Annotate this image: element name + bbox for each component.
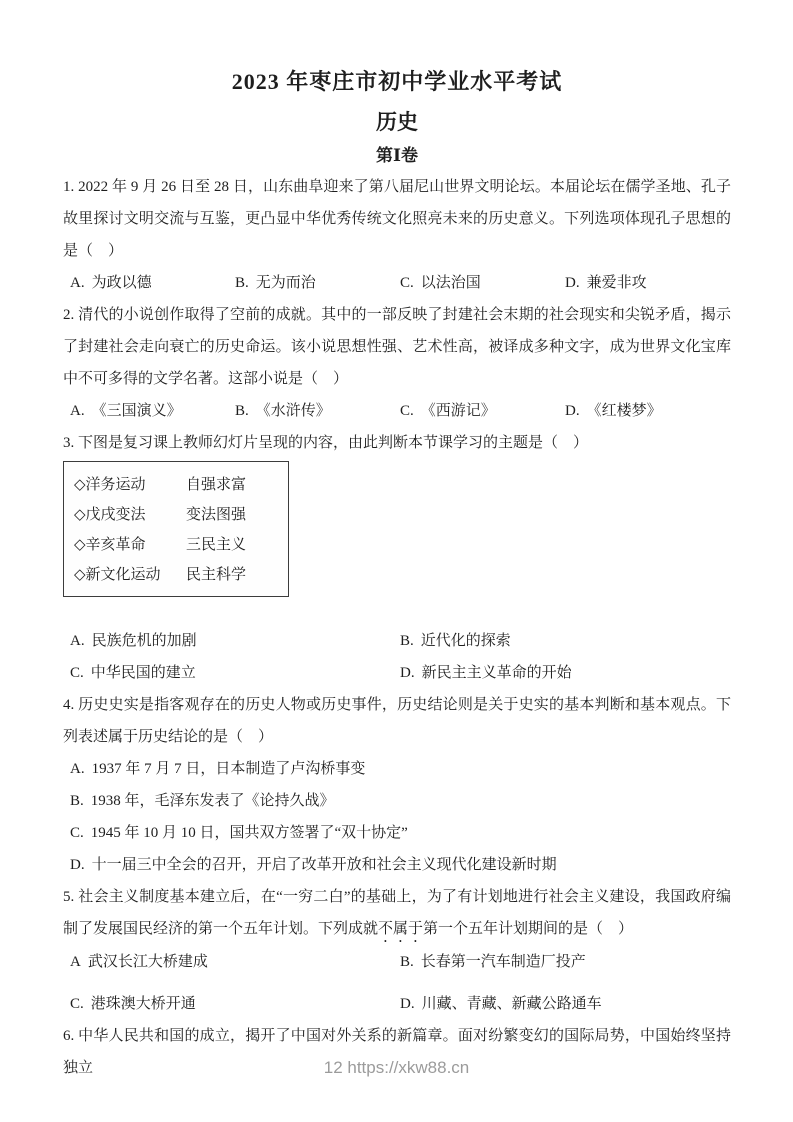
option-d: D.新民主主义革命的开始: [400, 657, 731, 689]
diamond-bullet-icon: ◇: [74, 567, 86, 583]
option-b: B.近代化的探索: [400, 625, 731, 657]
option-label: D.: [565, 275, 580, 291]
question-1: 1. 2022 年 9 月 26 日至 28 日，山东曲阜迎来了第八届尼山世界文…: [63, 171, 731, 299]
option-text: 兼爱非攻: [587, 275, 647, 291]
slide-event: ◇辛亥革命: [74, 530, 186, 560]
option-label: C.: [70, 665, 84, 681]
option-a: A武汉长江大桥建成: [70, 946, 400, 978]
option-label: D.: [400, 665, 415, 681]
option-text: 港珠澳大桥开通: [91, 996, 196, 1012]
option-text: 1945 年 10 月 10 日，国共双方签署了“双十协定”: [91, 825, 408, 841]
option-b: B.1938 年，毛泽东发表了《论持久战》: [63, 785, 731, 817]
option-label: B.: [400, 633, 414, 649]
option-b: B.长春第一汽车制造厂投产: [400, 946, 731, 978]
option-c: C.中华民国的建立: [70, 657, 400, 689]
option-label: B.: [235, 403, 249, 419]
option-label: A.: [70, 633, 85, 649]
option-d: D.川藏、青藏、新藏公路通车: [400, 988, 731, 1020]
question-4: 4. 历史史实是指客观存在的历史人物或历史事件，历史结论则是关于史实的基本判断和…: [63, 689, 731, 881]
stem-text: 第一个五年计划期间的是（ ）: [423, 921, 633, 937]
question-5-options-row-2: C.港珠澳大桥开通 D.川藏、青藏、新藏公路通车: [63, 988, 731, 1020]
option-label: C.: [70, 996, 84, 1012]
exam-page: 2023 年枣庄市初中学业水平考试 历史 第Ⅰ卷 1. 2022 年 9 月 2…: [0, 0, 793, 1122]
option-a: A.1937 年 7 月 7 日，日本制造了卢沟桥事变: [63, 753, 731, 785]
question-3: 3. 下图是复习课上教师幻灯片呈现的内容，由此判断本节课学习的主题是（ ） ◇洋…: [63, 427, 731, 689]
option-label: A: [70, 954, 81, 970]
option-text: 近代化的探索: [421, 633, 511, 649]
slide-slogan: 三民主义: [186, 530, 278, 560]
option-a: A.民族危机的加剧: [70, 625, 400, 657]
question-3-options-row-2: C.中华民国的建立 D.新民主主义革命的开始: [63, 657, 731, 689]
option-text: 《红楼梦》: [587, 403, 662, 419]
slide-box: ◇洋务运动 自强求富 ◇戊戌变法 变法图强 ◇辛亥革命 三民主义 ◇新文化运动 …: [63, 461, 289, 597]
option-label: A.: [70, 403, 85, 419]
option-b: B.无为而治: [235, 267, 400, 299]
stem-emphasized-text: 不属于: [378, 921, 423, 937]
slide-slogan: 变法图强: [186, 500, 278, 530]
slide-event: ◇洋务运动: [74, 470, 186, 500]
slide-event-text: 新文化运动: [86, 567, 161, 583]
slide-event-text: 辛亥革命: [86, 537, 146, 553]
option-text: 十一届三中全会的召开，开启了改革开放和社会主义现代化建设新时期: [92, 857, 557, 873]
question-5: 5. 社会主义制度基本建立后，在“一穷二白”的基础上，为了有计划地进行社会主义建…: [63, 881, 731, 1020]
option-text: 以法治国: [421, 275, 481, 291]
option-c: C.1945 年 10 月 10 日，国共双方签署了“双十协定”: [63, 817, 731, 849]
question-1-options: A.为政以德 B.无为而治 C.以法治国 D.兼爱非攻: [63, 267, 731, 299]
option-text: 1938 年，毛泽东发表了《论持久战》: [91, 793, 335, 809]
option-c: C.以法治国: [400, 267, 565, 299]
option-label: B.: [400, 954, 414, 970]
slide-slogan: 民主科学: [186, 560, 278, 590]
option-c: C.港珠澳大桥开通: [70, 988, 400, 1020]
option-label: C.: [400, 275, 414, 291]
option-text: 《西游记》: [421, 403, 496, 419]
option-text: 《三国演义》: [92, 403, 182, 419]
slide-item: ◇辛亥革命 三民主义: [74, 530, 278, 560]
question-4-stem: 4. 历史史实是指客观存在的历史人物或历史事件，历史结论则是关于史实的基本判断和…: [63, 689, 731, 753]
option-label: C.: [400, 403, 414, 419]
slide-item: ◇戊戌变法 变法图强: [74, 500, 278, 530]
question-5-options-row-1: A武汉长江大桥建成 B.长春第一汽车制造厂投产: [63, 946, 731, 978]
option-a: A.为政以德: [70, 267, 235, 299]
slide-item: ◇洋务运动 自强求富: [74, 470, 278, 500]
diamond-bullet-icon: ◇: [74, 477, 86, 493]
option-text: 新民主主义革命的开始: [422, 665, 572, 681]
question-3-stem: 3. 下图是复习课上教师幻灯片呈现的内容，由此判断本节课学习的主题是（ ）: [63, 427, 731, 459]
page-title: 2023 年枣庄市初中学业水平考试: [63, 68, 731, 96]
question-2: 2. 清代的小说创作取得了空前的成就。其中的一部反映了封建社会末期的社会现实和尖…: [63, 299, 731, 427]
question-2-stem: 2. 清代的小说创作取得了空前的成就。其中的一部反映了封建社会末期的社会现实和尖…: [63, 299, 731, 395]
option-label: B.: [235, 275, 249, 291]
option-label: A.: [70, 275, 85, 291]
option-text: 无为而治: [256, 275, 316, 291]
option-text: 武汉长江大桥建成: [88, 954, 208, 970]
slide-event: ◇戊戌变法: [74, 500, 186, 530]
option-text: 中华民国的建立: [91, 665, 196, 681]
option-d: D.《红楼梦》: [565, 395, 731, 427]
option-label: A.: [70, 761, 85, 777]
diamond-bullet-icon: ◇: [74, 537, 86, 553]
section-title: 第Ⅰ卷: [63, 145, 731, 167]
option-d: D.十一届三中全会的召开，开启了改革开放和社会主义现代化建设新时期: [63, 849, 731, 881]
option-label: D.: [400, 996, 415, 1012]
option-b: B.《水浒传》: [235, 395, 400, 427]
slide-event-text: 洋务运动: [86, 477, 146, 493]
option-label: B.: [70, 793, 84, 809]
footer-watermark: 12 https://xkw88.cn: [0, 1058, 793, 1078]
option-label: C.: [70, 825, 84, 841]
slide-event-text: 戊戌变法: [86, 507, 146, 523]
option-text: 《水浒传》: [256, 403, 331, 419]
question-3-options-row-1: A.民族危机的加剧 B.近代化的探索: [63, 625, 731, 657]
question-2-options: A.《三国演义》 B.《水浒传》 C.《西游记》 D.《红楼梦》: [63, 395, 731, 427]
option-text: 川藏、青藏、新藏公路通车: [422, 996, 602, 1012]
option-text: 长春第一汽车制造厂投产: [421, 954, 586, 970]
option-d: D.兼爱非攻: [565, 267, 731, 299]
diamond-bullet-icon: ◇: [74, 507, 86, 523]
question-5-stem: 5. 社会主义制度基本建立后，在“一穷二白”的基础上，为了有计划地进行社会主义建…: [63, 881, 731, 946]
option-label: D.: [70, 857, 85, 873]
subject-title: 历史: [63, 109, 731, 135]
slide-item: ◇新文化运动 民主科学: [74, 560, 278, 590]
option-text: 民族危机的加剧: [92, 633, 197, 649]
exam-content: 2023 年枣庄市初中学业水平考试 历史 第Ⅰ卷 1. 2022 年 9 月 2…: [63, 0, 731, 1084]
option-c: C.《西游记》: [400, 395, 565, 427]
option-text: 1937 年 7 月 7 日，日本制造了卢沟桥事变: [92, 761, 366, 777]
slide-event: ◇新文化运动: [74, 560, 186, 590]
option-a: A.《三国演义》: [70, 395, 235, 427]
option-label: D.: [565, 403, 580, 419]
question-1-stem: 1. 2022 年 9 月 26 日至 28 日，山东曲阜迎来了第八届尼山世界文…: [63, 171, 731, 267]
spacer: [63, 597, 731, 625]
slide-slogan: 自强求富: [186, 470, 278, 500]
option-text: 为政以德: [92, 275, 152, 291]
